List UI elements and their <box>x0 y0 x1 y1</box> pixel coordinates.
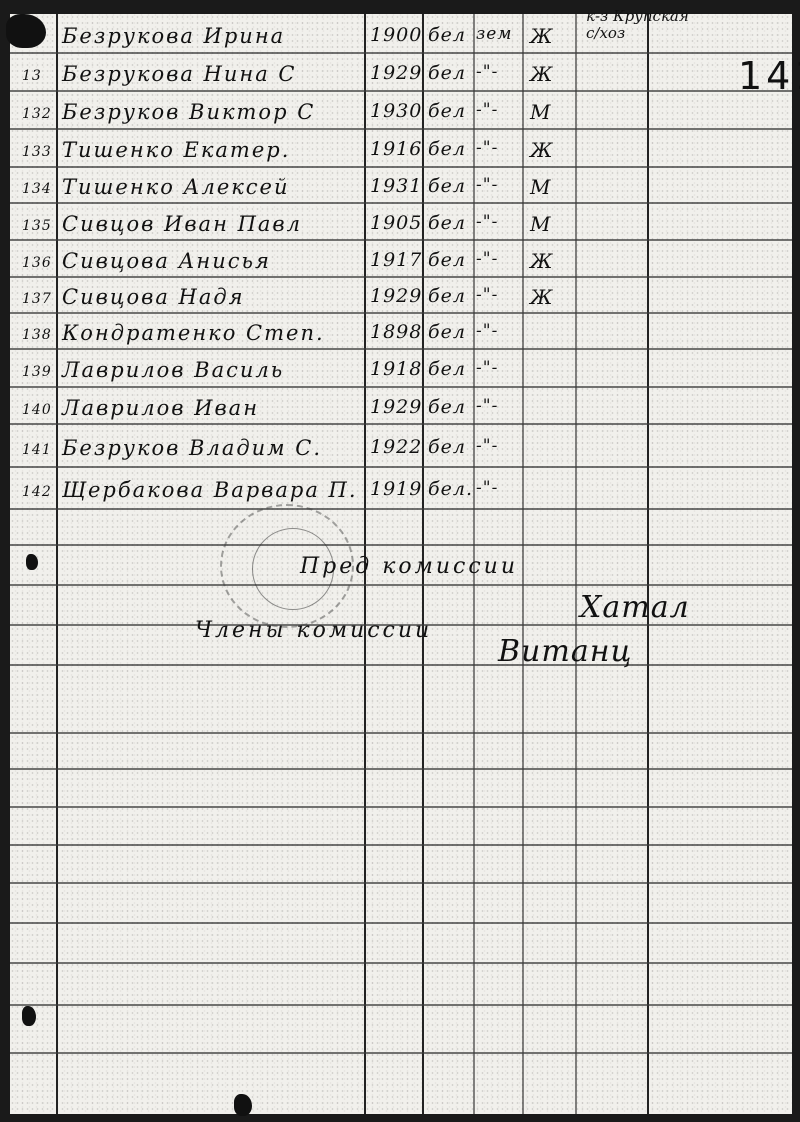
ruling-line <box>10 508 792 510</box>
sex: М <box>530 100 551 124</box>
person-name: Тишенко Алексей <box>62 175 290 199</box>
paper-damage <box>234 1094 252 1116</box>
table-row: Безрукова Ирина 1900 бел зем Ж <box>10 18 792 54</box>
row-number: 132 <box>22 106 52 122</box>
ruling-line <box>10 768 792 770</box>
ruling-line <box>10 844 792 846</box>
nationality: бел <box>428 436 466 458</box>
table-row: 137 Сивцова Надя 1929 бел -"- Ж <box>10 279 792 315</box>
row-number: 137 <box>22 291 52 307</box>
nationality: бел <box>428 24 466 46</box>
person-name: Безруков Виктор С <box>62 100 315 124</box>
person-name: Сивцов Иван Павл <box>62 212 302 236</box>
signature-chairman: Хатал <box>580 590 690 625</box>
occupation: -"- <box>476 138 498 158</box>
sex: М <box>530 212 551 236</box>
nationality: бел <box>428 249 466 271</box>
table-row: 132 Безруков Виктор С 1930 бел -"- М <box>10 94 792 130</box>
signature-member: Витанц <box>498 634 632 669</box>
occupation: -"- <box>476 212 498 232</box>
nationality: бел <box>428 285 466 307</box>
members-label: Члены комиссии <box>195 618 432 643</box>
sex: Ж <box>530 249 553 273</box>
occupation: -"- <box>476 285 498 305</box>
birth-year: 1898 <box>370 321 422 343</box>
birth-year: 1929 <box>370 396 422 418</box>
birth-year: 1930 <box>370 100 422 122</box>
ruling-line <box>10 962 792 964</box>
nationality: бел <box>428 396 466 418</box>
ruling-line <box>10 664 792 666</box>
birth-year: 1905 <box>370 212 422 234</box>
table-row: 136 Сивцова Анисья 1917 бел -"- Ж <box>10 243 792 279</box>
table-row: 141 Безруков Владим С. 1922 бел -"- <box>10 430 792 466</box>
birth-year: 1918 <box>370 358 422 380</box>
birth-year: 1916 <box>370 138 422 160</box>
ink-blot <box>26 554 38 570</box>
occupation: -"- <box>476 436 498 456</box>
row-number: 140 <box>22 402 52 418</box>
ruling-line <box>10 544 792 546</box>
nationality: бел <box>428 62 466 84</box>
occupation: -"- <box>476 396 498 416</box>
person-name: Безрукова Ирина <box>62 24 285 48</box>
ruling-line <box>10 1004 792 1006</box>
occupation: зем <box>476 24 512 44</box>
sex: Ж <box>530 62 553 86</box>
occupation: -"- <box>476 62 498 82</box>
nationality: бел <box>428 100 466 122</box>
person-name: Безрукова Нина С <box>62 62 296 86</box>
paper-damage <box>6 14 46 48</box>
birth-year: 1919 <box>370 478 422 500</box>
row-number: 141 <box>22 442 52 458</box>
ruling-line <box>10 732 792 734</box>
sex: Ж <box>530 285 553 309</box>
table-row: 135 Сивцов Иван Павл 1905 бел -"- М <box>10 206 792 242</box>
person-name: Щербакова Варвара П. <box>62 478 358 502</box>
nationality: бел <box>428 175 466 197</box>
ledger-page: к-з Крупская с/хоз 141 Безрукова Ирина 1… <box>10 14 792 1114</box>
row-number: 133 <box>22 144 52 160</box>
ruling-line <box>10 806 792 808</box>
table-row: 138 Кондратенко Степ. 1898 бел -"- <box>10 315 792 351</box>
row-number: 142 <box>22 484 52 500</box>
person-name: Лаврилов Василь <box>62 358 284 382</box>
chairman-label: Пред комиссии <box>300 554 518 579</box>
table-row: 13 Безрукова Нина С 1929 бел -"- Ж <box>10 56 792 92</box>
birth-year: 1900 <box>370 24 422 46</box>
person-name: Сивцова Надя <box>62 285 245 309</box>
row-number: 135 <box>22 218 52 234</box>
occupation: -"- <box>476 249 498 269</box>
birth-year: 1922 <box>370 436 422 458</box>
person-name: Сивцова Анисья <box>62 249 271 273</box>
ruling-line <box>10 882 792 884</box>
person-name: Кондратенко Степ. <box>62 321 325 345</box>
birth-year: 1917 <box>370 249 422 271</box>
row-number: 13 <box>22 68 42 84</box>
row-number: 138 <box>22 327 52 343</box>
occupation: -"- <box>476 175 498 195</box>
ruling-line <box>10 1052 792 1054</box>
birth-year: 1929 <box>370 62 422 84</box>
ruling-line <box>10 466 792 468</box>
row-number: 139 <box>22 364 52 380</box>
ruling-line <box>10 584 792 586</box>
table-row: 133 Тишенко Екатер. 1916 бел -"- Ж <box>10 132 792 168</box>
occupation: -"- <box>476 100 498 120</box>
nationality: бел. <box>428 478 473 500</box>
table-row: 140 Лаврилов Иван 1929 бел -"- <box>10 390 792 426</box>
table-row: 139 Лаврилов Василь 1918 бел -"- <box>10 352 792 388</box>
ink-blot <box>22 1006 36 1026</box>
birth-year: 1929 <box>370 285 422 307</box>
nationality: бел <box>428 358 466 380</box>
ruling-line <box>10 922 792 924</box>
person-name: Безруков Владим С. <box>62 436 322 460</box>
nationality: бел <box>428 138 466 160</box>
person-name: Тишенко Екатер. <box>62 138 290 162</box>
occupation: -"- <box>476 321 498 341</box>
sex: Ж <box>530 138 553 162</box>
nationality: бел <box>428 321 466 343</box>
nationality: бел <box>428 212 466 234</box>
row-number: 136 <box>22 255 52 271</box>
sex: М <box>530 175 551 199</box>
row-number: 134 <box>22 181 52 197</box>
occupation: -"- <box>476 478 498 498</box>
table-row: 142 Щербакова Варвара П. 1919 бел. -"- <box>10 472 792 508</box>
birth-year: 1931 <box>370 175 422 197</box>
table-row: 134 Тишенко Алексей 1931 бел -"- М <box>10 169 792 205</box>
sex: Ж <box>530 24 553 48</box>
occupation: -"- <box>476 358 498 378</box>
person-name: Лаврилов Иван <box>62 396 259 420</box>
